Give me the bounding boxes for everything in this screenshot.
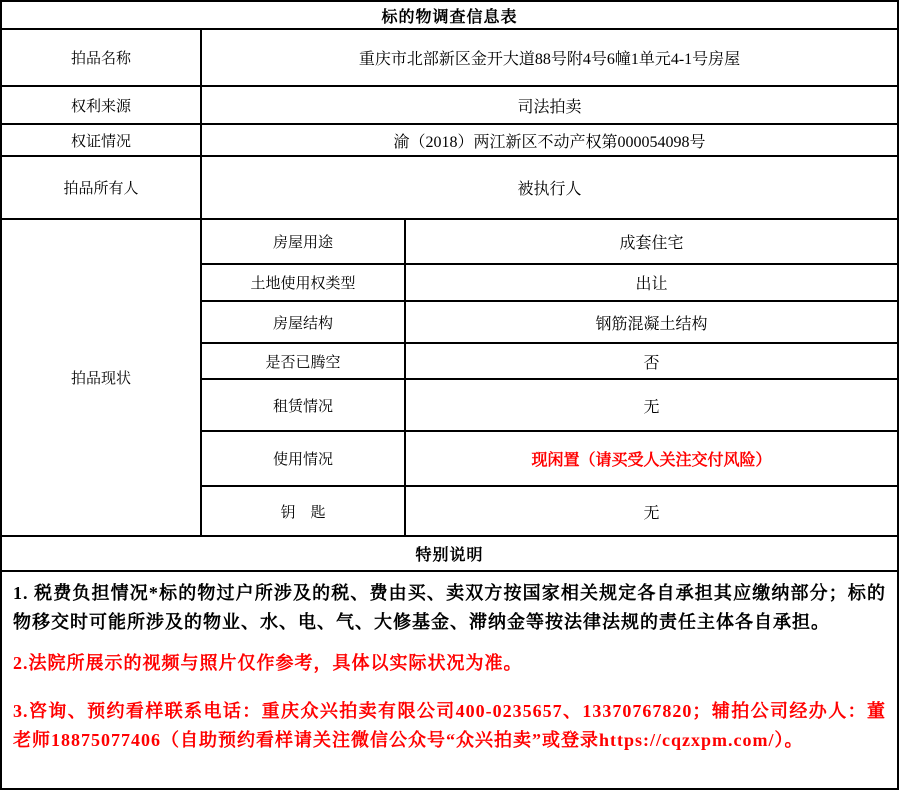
status-sub-rows: 房屋用途 成套住宅 土地使用权类型 出让 房屋结构 钢筋混凝土结构 是否已腾空 … xyxy=(202,220,897,535)
row-label-land-use-right: 土地使用权类型 xyxy=(202,265,406,300)
note-contact-info: 3.咨询、预约看样联系电话：重庆众兴拍卖有限公司400-0235657、1337… xyxy=(13,697,886,755)
row-label-lease-status: 租赁情况 xyxy=(202,380,406,430)
special-note-header: 特别说明 xyxy=(2,537,897,570)
row-label-owner: 拍品所有人 xyxy=(2,157,202,218)
note-tax-burden: 1. 税费负担情况*标的物过户所涉及的税、费由买、卖双方按国家相关规定各自承担其… xyxy=(13,579,886,637)
row-label-house-structure: 房屋结构 xyxy=(202,302,406,342)
table-row-vacated: 是否已腾空 否 xyxy=(202,344,897,380)
row-value-vacated: 否 xyxy=(406,344,897,378)
row-value-certificate: 渝（2018）两江新区不动产权第000054098号 xyxy=(202,125,897,155)
note-media-reference: 2.法院所展示的视频与照片仅作参考，具体以实际状况为准。 xyxy=(13,649,886,678)
row-value-rights-source: 司法拍卖 xyxy=(202,87,897,123)
row-value-house-structure: 钢筋混凝土结构 xyxy=(406,302,897,342)
subject-investigation-table: 标的物调查信息表 拍品名称 重庆市北部新区金开大道88号附4号6幢1单元4-1号… xyxy=(0,0,899,790)
row-label-rights-source: 权利来源 xyxy=(2,87,202,123)
special-note-header-row: 特别说明 xyxy=(2,537,897,572)
special-notes-block: 1. 税费负担情况*标的物过户所涉及的税、费由买、卖双方按国家相关规定各自承担其… xyxy=(2,572,897,788)
table-row-keys: 钥 匙 无 xyxy=(202,487,897,535)
table-row-house-usage: 房屋用途 成套住宅 xyxy=(202,220,897,265)
row-value-use-status: 现闲置（请买受人关注交付风险） xyxy=(406,432,897,485)
row-value-lease-status: 无 xyxy=(406,380,897,430)
page-title: 标的物调查信息表 xyxy=(2,2,897,28)
table-row-certificate: 权证情况 渝（2018）两江新区不动产权第000054098号 xyxy=(2,125,897,157)
row-label-use-status: 使用情况 xyxy=(202,432,406,485)
row-value-owner: 被执行人 xyxy=(202,157,897,218)
row-label-house-usage: 房屋用途 xyxy=(202,220,406,263)
table-row-house-structure: 房屋结构 钢筋混凝土结构 xyxy=(202,302,897,344)
table-row-lease-status: 租赁情况 无 xyxy=(202,380,897,432)
row-value-house-usage: 成套住宅 xyxy=(406,220,897,263)
table-row-item-name: 拍品名称 重庆市北部新区金开大道88号附4号6幢1单元4-1号房屋 xyxy=(2,30,897,87)
row-value-keys: 无 xyxy=(406,487,897,535)
table-title-row: 标的物调查信息表 xyxy=(2,2,897,30)
table-section-item-status: 拍品现状 房屋用途 成套住宅 土地使用权类型 出让 房屋结构 钢筋混凝土结构 是… xyxy=(2,220,897,537)
row-label-vacated: 是否已腾空 xyxy=(202,344,406,378)
table-row-owner: 拍品所有人 被执行人 xyxy=(2,157,897,220)
row-label-keys: 钥 匙 xyxy=(202,487,406,535)
table-row-rights-source: 权利来源 司法拍卖 xyxy=(2,87,897,125)
table-row-land-use-right: 土地使用权类型 出让 xyxy=(202,265,897,302)
row-label-item-name: 拍品名称 xyxy=(2,30,202,85)
row-label-certificate: 权证情况 xyxy=(2,125,202,155)
row-value-land-use-right: 出让 xyxy=(406,265,897,300)
table-row-use-status: 使用情况 现闲置（请买受人关注交付风险） xyxy=(202,432,897,487)
row-value-item-name: 重庆市北部新区金开大道88号附4号6幢1单元4-1号房屋 xyxy=(202,30,897,85)
status-section-label: 拍品现状 xyxy=(2,220,202,535)
